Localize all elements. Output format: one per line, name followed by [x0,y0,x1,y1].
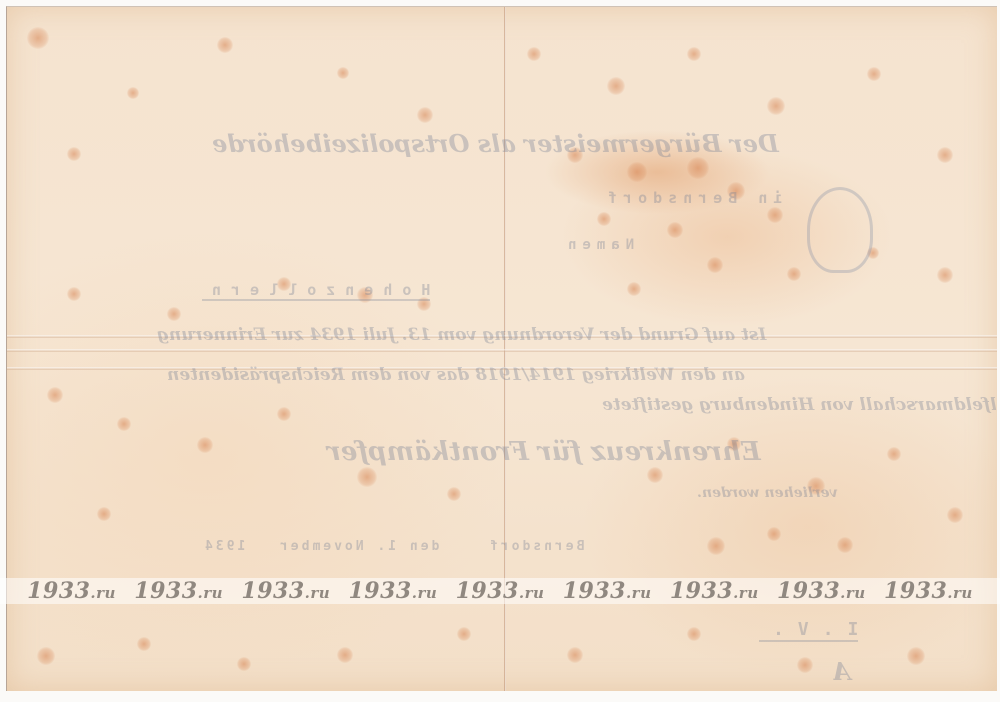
watermark-text: 1933.ru [670,578,759,604]
watermark-text: 1933.ru [134,578,223,604]
show-through-place: in Bernsdorf [602,189,782,207]
stamp-seal-mark [807,187,873,273]
show-through-stamp-text: I.V. [759,619,858,642]
watermark-text: 1933.ru [777,578,866,604]
show-through-name-label: Namen [562,237,634,253]
show-through-verliehen: verliehen worden. [697,485,838,501]
watermark-text: 1933.ru [563,578,652,604]
show-through-text-line-1: Ist auf Grund der Verordnung vom 13. Jul… [157,325,766,345]
show-through-text-line-3: Generalfeldmarschall von Hindenburg gest… [602,395,997,415]
show-through-signature: A [832,657,851,686]
show-through-text-line-2: an den Weltkrieg 1914/1918 das von dem R… [167,365,745,385]
watermark-text: 1933.ru [456,578,545,604]
watermark-text: 1933.ru [884,578,973,604]
watermark-text: 1933.ru [349,578,438,604]
show-through-award-title: Ehrenkreuz für Frontkämpfer [327,437,761,467]
show-through-date-day: den 1. November [277,539,439,554]
watermark-strip: 1933.ru 1933.ru 1933.ru 1933.ru 1933.ru … [0,578,1000,604]
horizontal-fold [7,349,997,352]
watermark-text: 1933.ru [27,578,116,604]
watermark-text: 1933.ru [241,578,330,604]
show-through-name-value: Hohenzollern [202,281,430,301]
show-through-authority: Der Bürgermeister als Ortspolizeibehörde [212,129,779,158]
show-through-date-year: 1934 [202,539,245,554]
show-through-date-place: Bernsdorf [487,539,584,554]
